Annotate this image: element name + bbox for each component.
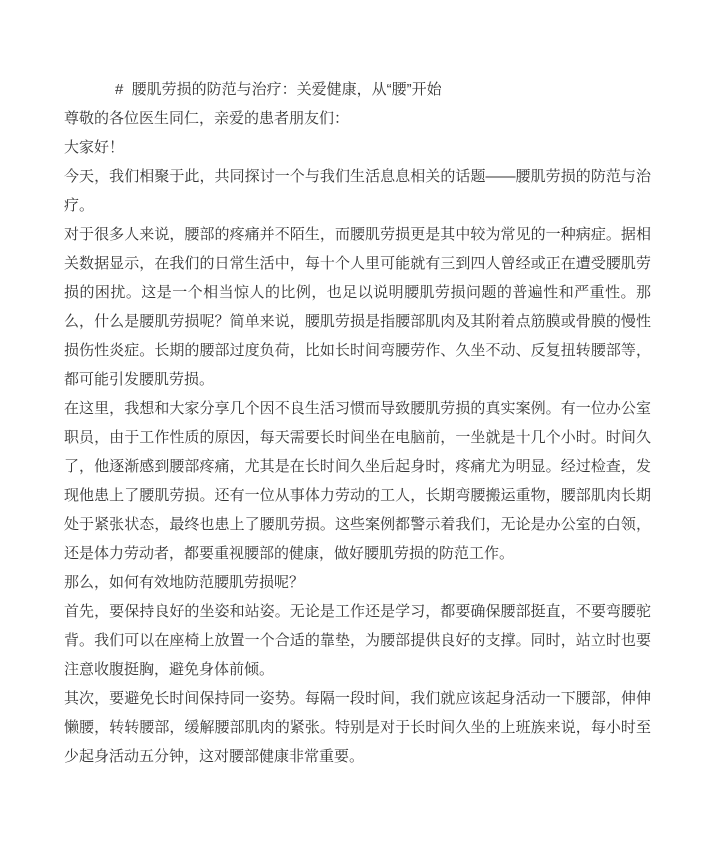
document-body: # 腰肌劳损的防范与治疗：关爱健康，从“腰”开始 尊敬的各位医生同仁，亲爱的患者… bbox=[64, 75, 651, 771]
document-title: # 腰肌劳损的防范与治疗：关爱健康，从“腰”开始 bbox=[64, 75, 651, 104]
document-page: # 腰肌劳损的防范与治疗：关爱健康，从“腰”开始 尊敬的各位医生同仁，亲爱的患者… bbox=[0, 0, 708, 841]
paragraph-hello: 大家好！ bbox=[64, 133, 651, 162]
paragraph-intro: 今天，我们相聚于此，共同探讨一个与我们生活息息相关的话题——腰肌劳损的防范与治疗… bbox=[64, 162, 651, 220]
paragraph-greeting: 尊敬的各位医生同仁，亲爱的患者朋友们： bbox=[64, 104, 651, 133]
paragraph-cases: 在这里，我想和大家分享几个因不良生活习惯而导致腰肌劳损的真实案例。有一位办公室职… bbox=[64, 394, 651, 568]
paragraph-advice-posture: 首先，要保持良好的坐姿和站姿。无论是工作还是学习，都要确保腰部挺直，不要弯腰驼背… bbox=[64, 597, 651, 684]
paragraph-question: 那么，如何有效地防范腰肌劳损呢？ bbox=[64, 568, 651, 597]
paragraph-definition: 对于很多人来说，腰部的疼痛并不陌生，而腰肌劳损更是其中较为常见的一种病症。据相关… bbox=[64, 220, 651, 394]
paragraph-advice-movement: 其次，要避免长时间保持同一姿势。每隔一段时间，我们就应该起身活动一下腰部，伸伸懒… bbox=[64, 684, 651, 771]
